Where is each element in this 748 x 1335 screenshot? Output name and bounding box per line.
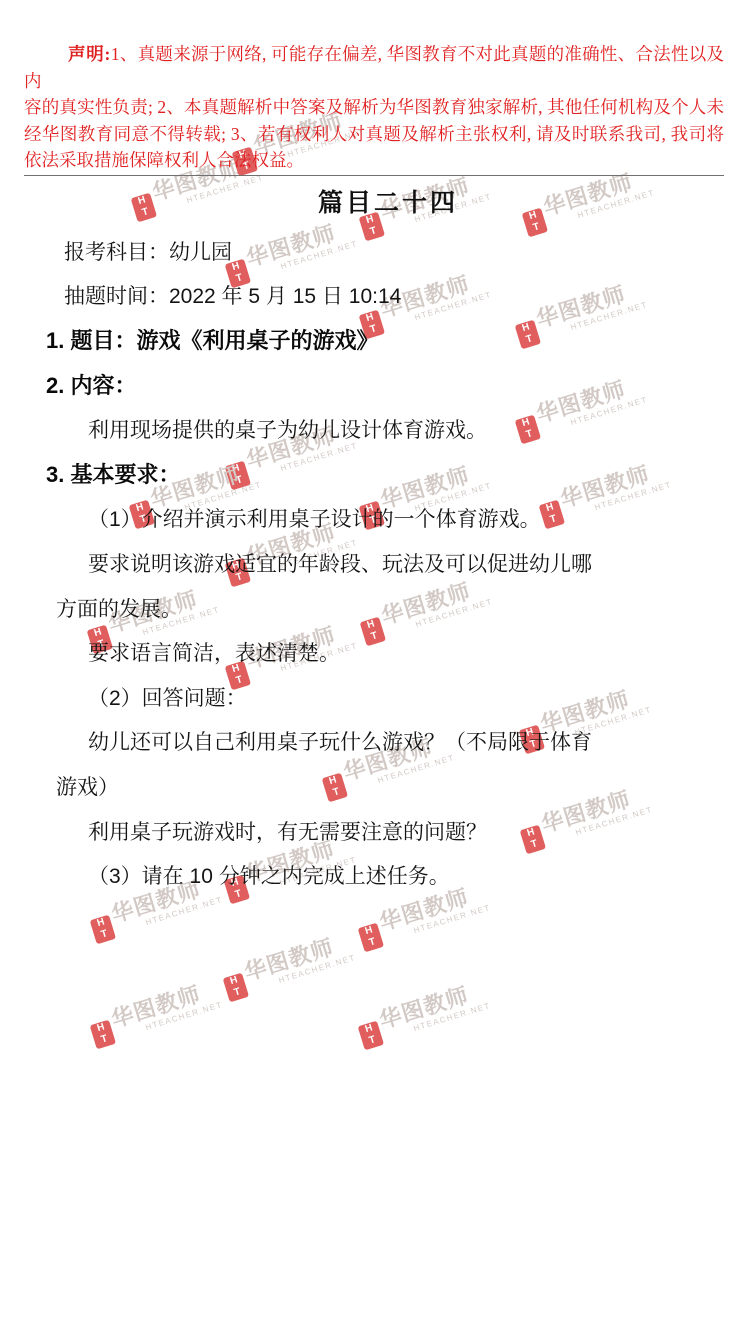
body-line-5: 利用现场提供的桌子为幼儿设计体育游戏。 [0, 407, 748, 452]
disclaimer-bold-prefix: 声明: [68, 44, 111, 64]
disclaimer-line: 容的真实性负责; 2、本真题解析中答案及解析为华图教育独家解析, 其他任何机构及… [24, 94, 724, 121]
document-body: 报考科目：幼儿园抽题时间：2022 年 5 月 15 日 10:141. 题目：… [0, 229, 748, 898]
body-line-15: （3）请在 10 分钟之内完成上述任务。 [0, 853, 748, 898]
body-line-1: 报考科目：幼儿园 [0, 229, 748, 274]
body-line-12: 幼儿还可以自己利用桌子玩什么游戏？（不局限于体育 [0, 719, 748, 764]
body-line-9: 方面的发展。 [0, 585, 748, 630]
disclaimer-line: 经华图教育同意不得转载; 3、若有权利人对真题及解析主张权利, 请及时联系我司,… [24, 121, 724, 148]
disclaimer-line: 依法采取措施保障权利人合法权益。 [24, 147, 724, 174]
body-line-6: 3. 基本要求： [0, 451, 748, 496]
document-page: { "disclaimer": { "bold_prefix": "声明:", … [0, 0, 748, 1335]
body-line-8: 要求说明该游戏适宜的年龄段、玩法及可以促进幼儿哪 [0, 541, 748, 586]
disclaimer-line-text: 1、真题来源于网络, 可能存在偏差, 华图教育不对此真题的准确性、合法性以及内 [24, 44, 724, 91]
body-line-14: 利用桌子玩游戏时，有无需要注意的问题？ [0, 808, 748, 853]
document-content: 声明:1、真题来源于网络, 可能存在偏差, 华图教育不对此真题的准确性、合法性以… [0, 0, 748, 1335]
body-line-2: 抽题时间：2022 年 5 月 15 日 10:14 [0, 273, 748, 318]
body-line-13: 游戏） [0, 764, 748, 809]
separator-line [24, 175, 724, 176]
body-line-3: 1. 题目：游戏《利用桌子的游戏》 [0, 318, 748, 363]
body-line-7: （1）介绍并演示利用桌子设计的一个体育游戏。 [0, 496, 748, 541]
body-line-11: （2）回答问题： [0, 674, 748, 719]
body-line-10: 要求语言简洁，表述清楚。 [0, 630, 748, 675]
disclaimer-line: 声明:1、真题来源于网络, 可能存在偏差, 华图教育不对此真题的准确性、合法性以… [24, 41, 724, 94]
document-title: 篇目二十四 [0, 183, 748, 219]
body-line-4: 2. 内容： [0, 362, 748, 407]
disclaimer: 声明:1、真题来源于网络, 可能存在偏差, 华图教育不对此真题的准确性、合法性以… [24, 41, 724, 174]
